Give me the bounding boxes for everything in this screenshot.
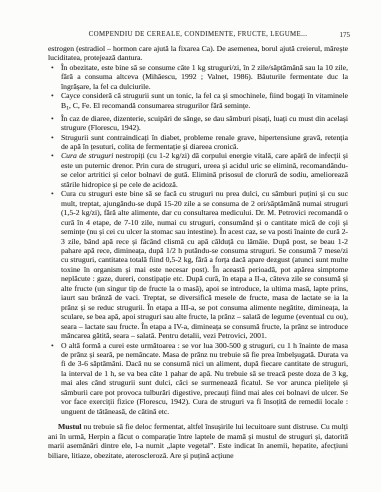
bullet-item: •Cayce consideră că strugurii sunt un to… bbox=[48, 91, 348, 113]
block-text: estrogen (estradiol – hormon care ajută … bbox=[48, 44, 348, 62]
text-segment: Mustul bbox=[58, 422, 82, 431]
text-segment: Strugurii sunt contraindicați în diabet,… bbox=[61, 133, 348, 151]
book-page: COMPENDIU DE CEREALE, CONDIMENTE, FRUCTE… bbox=[0, 0, 381, 492]
block-text: Strugurii sunt contraindicați în diabet,… bbox=[61, 133, 348, 151]
text-segment: , C, Fe. El recomandă consumarea strugur… bbox=[69, 101, 250, 110]
page-number: 175 bbox=[340, 31, 351, 39]
bullet-marker: • bbox=[51, 91, 54, 100]
block-text: În obezitate, este bine să se consume câ… bbox=[61, 63, 348, 91]
bullet-item: •În caz de diaree, dizenterie, scuipări … bbox=[48, 114, 348, 133]
bullet-marker: • bbox=[51, 189, 54, 198]
bullet-marker: • bbox=[51, 114, 54, 123]
running-title: COMPENDIU DE CEREALE, CONDIMENTE, FRUCTE… bbox=[48, 31, 348, 38]
bullet-item: •Cura cu struguri este bine să se facă c… bbox=[48, 189, 348, 340]
block-text: Cayce consideră că strugurii sunt un ton… bbox=[61, 91, 348, 109]
page-header: COMPENDIU DE CEREALE, CONDIMENTE, FRUCTE… bbox=[48, 31, 348, 41]
bullet-item: •Cura de struguri nestropiți (cu 1-2 kg/… bbox=[48, 151, 348, 189]
block-text: Cura cu struguri este bine să se facă cu… bbox=[61, 189, 348, 340]
text-segment: În obezitate, este bine să se consume câ… bbox=[61, 63, 348, 91]
text-segment: O altă formă a curei este următoarea : s… bbox=[61, 341, 348, 416]
page-body: estrogen (estradiol – hormon care ajută … bbox=[48, 44, 348, 460]
text-segment: Cura cu struguri este bine să se facă cu… bbox=[61, 189, 348, 340]
bullet-marker: • bbox=[51, 341, 54, 350]
block-text: Cura de struguri nestropiți (cu 1-2 kg/z… bbox=[61, 151, 348, 188]
text-segment: Cura de struguri bbox=[61, 151, 113, 160]
block-text: Mustul nu trebuie să fie deloc fermentat… bbox=[48, 422, 348, 459]
paragraph: estrogen (estradiol – hormon care ajută … bbox=[48, 44, 348, 63]
bullet-marker: • bbox=[51, 151, 54, 160]
text-segment: estrogen (estradiol – hormon care ajută … bbox=[48, 44, 348, 62]
text-segment: nu trebuie să fie deloc fermentat, altfe… bbox=[48, 422, 348, 459]
block-text: În caz de diaree, dizenterie, scuipări d… bbox=[61, 114, 348, 132]
text-segment: În caz de diaree, dizenterie, scuipări d… bbox=[61, 114, 348, 132]
block-text: O altă formă a curei este următoarea : s… bbox=[61, 341, 348, 416]
paragraph: Mustul nu trebuie să fie deloc fermentat… bbox=[48, 422, 348, 460]
bullet-marker: • bbox=[51, 63, 54, 72]
bullet-marker: • bbox=[51, 133, 54, 142]
bullet-item: •În obezitate, este bine să se consume c… bbox=[48, 63, 348, 91]
bullet-item: •O altă formă a curei este următoarea : … bbox=[48, 341, 348, 417]
bullet-item: •Strugurii sunt contraindicați în diabet… bbox=[48, 133, 348, 152]
